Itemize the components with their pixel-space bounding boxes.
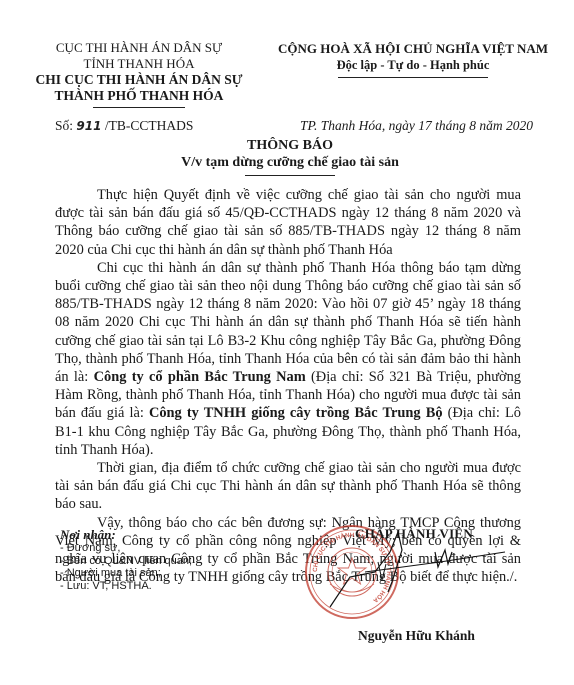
agency-line-3: CHI CỤC THI HÀNH ÁN DÂN SỰ xyxy=(28,72,250,88)
recipient-item: - Bên có QL&NV liên quan; xyxy=(60,555,192,568)
agency-line-1: CỤC THI HÀNH ÁN DÂN SỰ xyxy=(28,40,250,56)
title-subject: V/v tạm dừng cưỡng chế giao tài sản xyxy=(150,154,430,171)
document-number: Số: 911 /TB-CCTHADS xyxy=(55,118,193,134)
document-page: CỤC THI HÀNH ÁN DÂN SỰ TỈNH THANH HÓA CH… xyxy=(0,0,574,685)
doc-number-suffix: /TB-CCTHADS xyxy=(101,118,193,133)
national-motto-header: CỘNG HOÀ XÃ HỘI CHỦ NGHĨA VIỆT NAM Độc l… xyxy=(265,40,561,78)
issuing-agency-header: CỤC THI HÀNH ÁN DÂN SỰ TỈNH THANH HÓA CH… xyxy=(28,40,250,108)
title-main: THÔNG BÁO xyxy=(150,137,430,154)
country-name: CỘNG HOÀ XÃ HỘI CHỦ NGHĨA VIỆT NAM xyxy=(265,40,561,57)
doc-number-prefix: Số: xyxy=(55,118,76,133)
title-underline xyxy=(245,175,335,176)
recipient-item: - Đương sự, xyxy=(60,542,192,555)
paragraph-2: Chi cục thi hành án dân sự thành phố Tha… xyxy=(55,259,521,459)
recipient-item: - Lưu: VT, HSTHA. xyxy=(60,580,192,593)
motto-underline xyxy=(338,77,488,78)
paragraph-2-text-a: Chi cục thi hành án dân sự thành phố Tha… xyxy=(55,260,521,385)
document-title: THÔNG BÁO V/v tạm dừng cưỡng chế giao tà… xyxy=(150,137,430,176)
handwritten-signature-icon xyxy=(320,522,510,622)
national-motto: Độc lập - Tự do - Hạnh phúc xyxy=(265,57,561,74)
buyer-company-name: Công ty TNHH giống cây trồng Bắc Trung B… xyxy=(149,405,443,421)
recipients-list: Nơi nhận: - Đương sự, - Bên có QL&NV liê… xyxy=(60,527,192,592)
paragraph-1: Thực hiện Quyết định về việc cưỡng chế g… xyxy=(55,186,521,259)
agency-line-4: THÀNH PHỐ THANH HÓA xyxy=(28,88,250,104)
recipient-item: - Người mua tài sản; xyxy=(60,567,192,580)
signer-name: Nguyễn Hữu Khánh xyxy=(358,628,475,644)
agency-underline xyxy=(93,107,185,108)
agency-line-2: TỈNH THANH HÓA xyxy=(28,56,250,72)
recipients-heading: Nơi nhận: xyxy=(60,527,192,542)
paragraph-3: Thời gian, địa điểm tổ chức cưỡng chế gi… xyxy=(55,459,521,514)
doc-number-handwritten: 911 xyxy=(76,119,101,133)
debtor-company-name: Công ty cổ phần Bắc Trung Nam xyxy=(94,369,306,385)
place-and-date: TP. Thanh Hóa, ngày 17 tháng 8 năm 2020 xyxy=(300,118,533,134)
